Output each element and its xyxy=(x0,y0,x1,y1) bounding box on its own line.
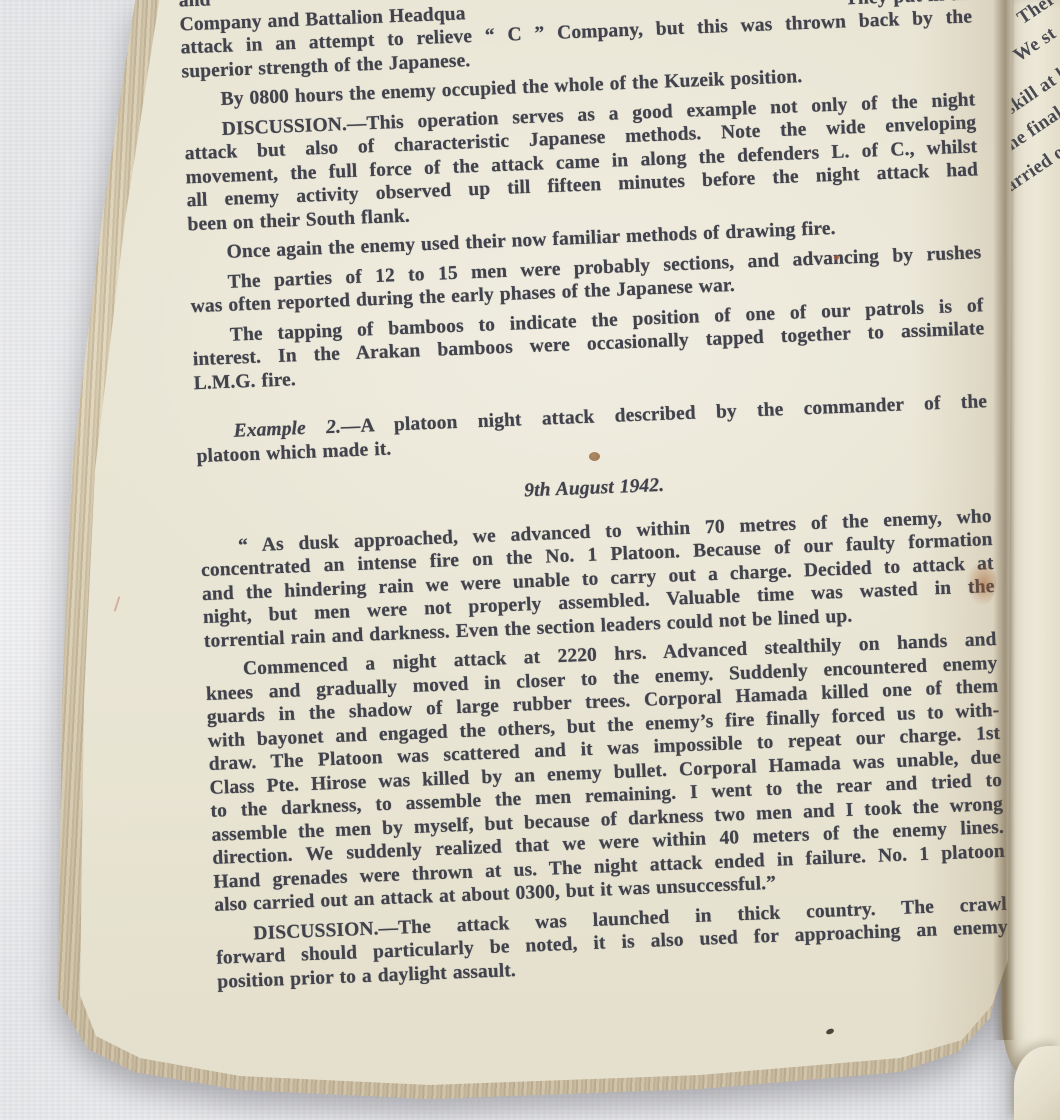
paper-fiber-mark xyxy=(114,596,121,612)
paragraph: 9th August 1942. xyxy=(198,461,990,516)
paragraph: “ As dusk approached, we advanced to wit… xyxy=(200,505,996,654)
paragraph: DISCUSSION.—This operation serves as a g… xyxy=(183,88,979,237)
gutter-shadow xyxy=(993,0,1015,1040)
example-label: Example 2. xyxy=(233,417,341,442)
text-line: 9th August 1942. xyxy=(198,461,990,516)
adjacent-page-text-fragment: We st xyxy=(1010,23,1060,67)
book-page: andCompany and Battalion HeadquaThey put… xyxy=(0,0,1060,1120)
small-stain xyxy=(834,255,839,260)
paragraph: Commenced a night attack at 2220 hrs. Ad… xyxy=(205,628,1007,917)
ink-speck xyxy=(825,1028,834,1035)
open-book: TherWe stskill at leathe final ccarried … xyxy=(0,0,1060,1120)
adjacent-page-text-fragment: Ther xyxy=(1013,0,1060,30)
stain-spot xyxy=(589,452,600,461)
rust-stain xyxy=(966,560,996,606)
photo-of-book-page: { "colors":{ "page_paper":"#e9e5d4", "in… xyxy=(0,0,1060,1120)
page-text: andCompany and Battalion HeadquaThey put… xyxy=(178,0,1009,1000)
